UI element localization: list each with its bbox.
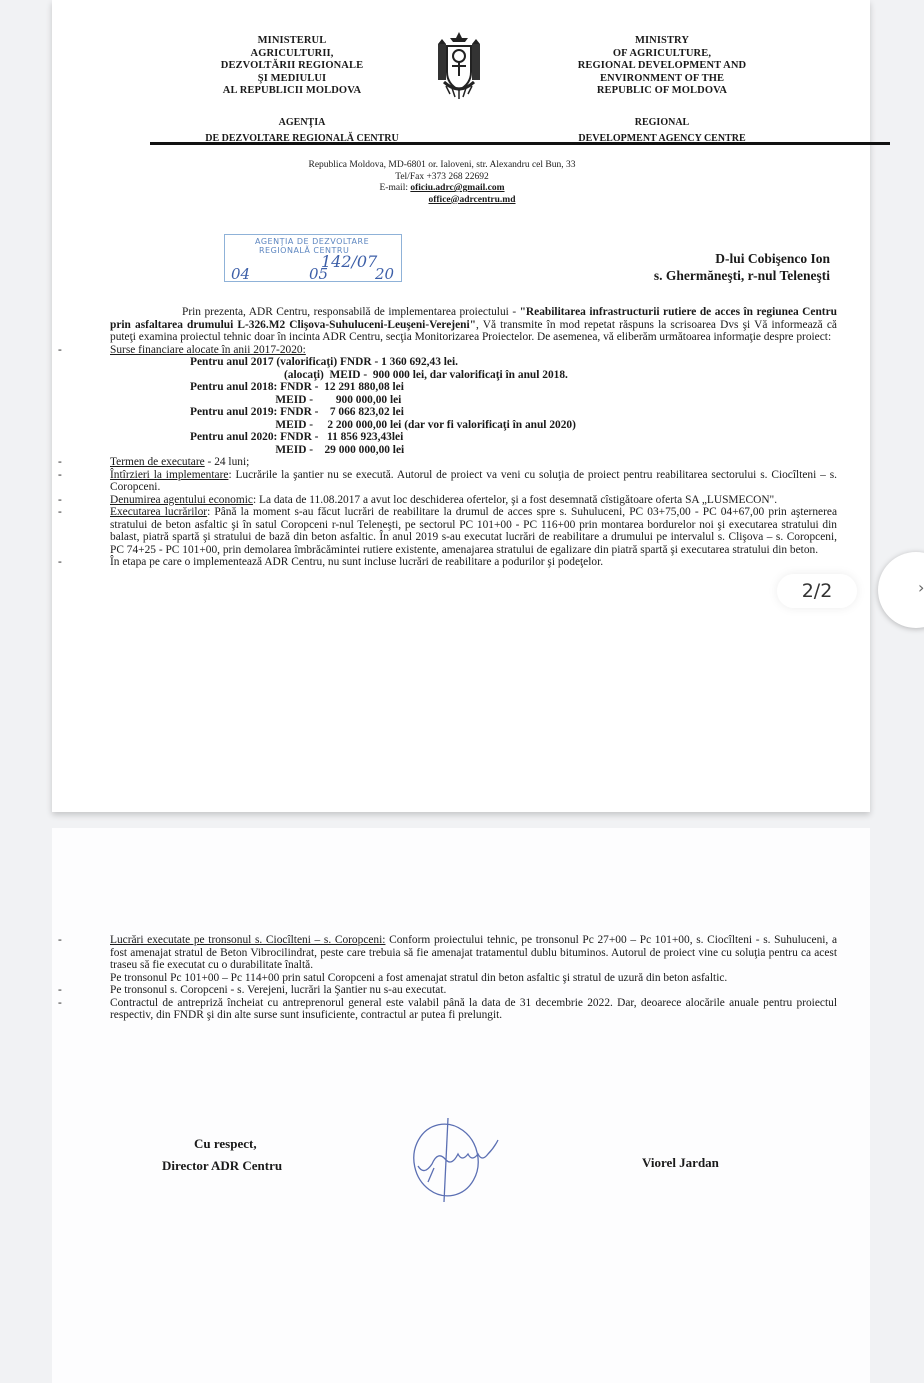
bullet-bridges: În etapa pe care o implementează ADR Cen… [110, 556, 837, 569]
bullet-contract: Contractul de antrepriză încheiat cu ant… [110, 997, 837, 1022]
bullet-text: - 24 luni; [205, 456, 250, 468]
ro-line: MINISTERUL [182, 35, 402, 48]
stamp-day: 04 [231, 265, 250, 283]
document-page-2: Lucrări executate pe tronsonul s. Ciocîl… [52, 828, 870, 1383]
financing-line: Pentru anul 2018: FNDR - 12 291 880,08 l… [190, 381, 837, 394]
bullet-text: : Până la moment s-au făcut lucrări de r… [110, 506, 837, 556]
letterhead-ministry-ro: MINISTERUL AGRICULTURII, DEZVOLTĂRII REG… [182, 35, 402, 98]
financing-heading-item: Surse financiare alocate în anii 2017-20… [110, 344, 837, 357]
signatory-name: Viorel Jardan [642, 1155, 719, 1171]
letter-body: Prin prezenta, ADR Centru, responsabilă … [110, 306, 837, 569]
addressee-name: D-lui Cobişenco Ion [654, 250, 830, 267]
en-line: MINISTRY [532, 35, 792, 48]
chevron-right-icon: › [918, 578, 924, 597]
handwritten-signature-icon [404, 1116, 554, 1204]
stamp-year: 20 [375, 265, 394, 283]
address: Republica Moldova, MD-6801 or. Ialoveni,… [232, 160, 652, 172]
bullet-label: Întîrzieri la implementare [110, 469, 228, 481]
ro-line: AL REPUBLICII MOLDOVA [182, 85, 402, 98]
stamp-line-1: AGENŢIA DE DEZVOLTARE [255, 237, 369, 246]
intro-paragraph: Prin prezenta, ADR Centru, responsabilă … [110, 306, 837, 344]
email-line: E-mail: oficiu.adrc@gmail.com [232, 183, 652, 195]
contact-block: Republica Moldova, MD-6801 or. Ialoveni,… [232, 160, 652, 206]
bullet-label: Termen de executare [110, 456, 205, 468]
en-line: REPUBLIC OF MOLDOVA [532, 85, 792, 98]
stamp-number: 142/07 [321, 252, 377, 271]
addressee: D-lui Cobişenco Ion s. Ghermăneşti, r-nu… [654, 250, 830, 284]
financing-line: Pentru anul 2017 (valorificaţi) FNDR - 1… [190, 356, 837, 369]
document-page-1: MINISTERUL AGRICULTURII, DEZVOLTĂRII REG… [52, 0, 870, 812]
letter-body-continued: Lucrări executate pe tronsonul s. Ciocîl… [110, 934, 837, 1022]
registration-stamp: AGENŢIA DE DEZVOLTARE REGIONALĂ CENTRU 1… [224, 234, 402, 282]
agency-ro-line: AGENŢIA [162, 115, 442, 131]
email-link-1[interactable]: oficiu.adrc@gmail.com [410, 183, 504, 193]
letterhead-ministry-en: MINISTRY OF AGRICULTURE, REGIONAL DEVELO… [532, 35, 792, 98]
en-line: ENVIRONMENT OF THE [532, 73, 792, 86]
bullet-text: : La data de 11.08.2017 a avut loc desch… [253, 494, 777, 506]
bullet-label: Executarea lucrărilor [110, 506, 207, 518]
financing-line: MEID - 29 000 000,00 lei [190, 444, 837, 457]
email-link-2[interactable]: office@adrcentru.md [232, 195, 652, 207]
bullet-extra: Pe tronsonul Pc 101+00 – Pc 114+00 prin … [110, 972, 837, 985]
intro-lead: Prin prezenta, ADR Centru, responsabilă … [182, 306, 520, 318]
ro-line: ŞI MEDIULUI [182, 73, 402, 86]
financing-line: Pentru anul 2019: FNDR - 7 066 823,02 le… [190, 406, 837, 419]
bullet-label: Lucrări executate pe tronsonul s. Ciocîl… [110, 934, 385, 946]
bullet-term: Termen de executare - 24 luni; [110, 456, 837, 469]
agency-en-line: REGIONAL [522, 115, 802, 131]
financing-line: (alocaţi) MEID - 900 000 lei, dar valori… [190, 369, 837, 382]
email-label: E-mail: [379, 183, 408, 193]
bullet-text: Contractul de antrepriză încheiat cu ant… [110, 997, 837, 1022]
bullet-ciocilteni-section: Lucrări executate pe tronsonul s. Ciocîl… [110, 934, 837, 984]
financing-heading: Surse financiare alocate în anii 2017-20… [110, 344, 306, 356]
financing-list: Pentru anul 2017 (valorificaţi) FNDR - 1… [110, 356, 837, 456]
letterhead-divider [150, 142, 890, 145]
closing-block: Cu respect, Director ADR Centru [162, 1133, 282, 1177]
ro-line: DEZVOLTĂRII REGIONALE [182, 60, 402, 73]
page-indicator: 2/2 [777, 574, 857, 608]
signatory-title: Director ADR Centru [162, 1155, 282, 1177]
moldova-coat-of-arms-icon [432, 30, 486, 102]
ro-line: AGRICULTURII, [182, 48, 402, 61]
bullet-label: Denumirea agentului economic [110, 494, 253, 506]
financing-line: MEID - 900 000,00 lei [190, 394, 837, 407]
closing-salutation: Cu respect, [162, 1133, 282, 1155]
en-line: OF AGRICULTURE, [532, 48, 792, 61]
bullet-contractor: Denumirea agentului economic: La data de… [110, 494, 837, 507]
financing-line: MEID - 2 200 000,00 lei (dar vor fi valo… [190, 419, 837, 432]
telfax: Tel/Fax +373 268 22692 [232, 172, 652, 184]
next-page-button[interactable]: › [878, 552, 924, 628]
en-line: REGIONAL DEVELOPMENT AND [532, 60, 792, 73]
addressee-location: s. Ghermăneşti, r-nul Teleneşti [654, 267, 830, 284]
stamp-month: 05 [309, 265, 328, 283]
financing-line: Pentru anul 2020: FNDR - 11 856 923,43le… [190, 431, 837, 444]
bullet-text: În etapa pe care o implementează ADR Cen… [110, 556, 603, 568]
bullet-verejeni-section: Pe tronsonul s. Coropceni - s. Verejeni,… [110, 984, 837, 997]
bullet-works: Executarea lucrărilor: Până la moment s-… [110, 506, 837, 556]
bullet-text: Pe tronsonul s. Coropceni - s. Verejeni,… [110, 984, 446, 996]
bullet-delays: Întîrzieri la implementare: Lucrările la… [110, 469, 837, 494]
